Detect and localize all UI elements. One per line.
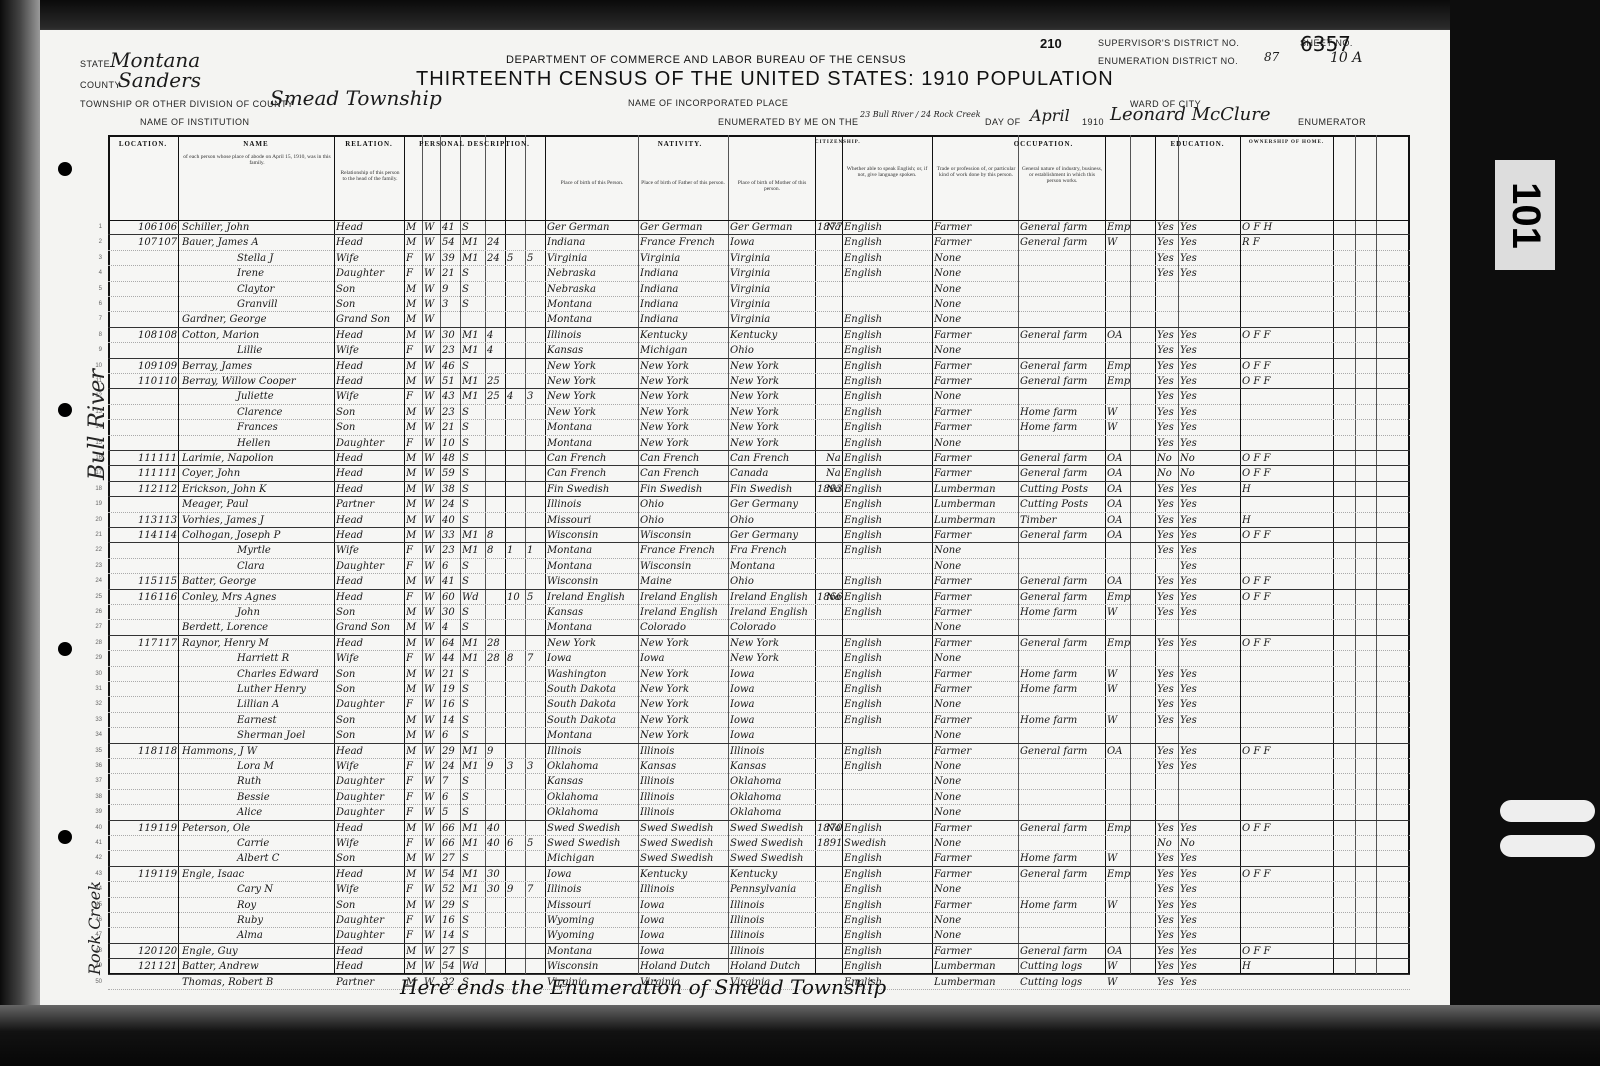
cell-mother: New York: [730, 389, 814, 404]
cell-owned: [1242, 312, 1302, 327]
cell-read: Yes: [1157, 497, 1179, 512]
cell-sex: M: [406, 867, 422, 882]
cell-nat: [826, 374, 840, 389]
cell-age: 29: [442, 898, 460, 913]
line-number: 49: [88, 963, 102, 969]
cell-mother: Virginia: [730, 266, 814, 281]
cell-industry: General farm: [1020, 235, 1104, 250]
cell-mother: New York: [730, 651, 814, 666]
cell-race: W: [424, 605, 440, 620]
cell-language: [844, 805, 932, 820]
cell-trade: None: [934, 266, 1018, 281]
cell-race: W: [424, 466, 440, 481]
cell-trade: None: [934, 251, 1018, 266]
cell-dwelling: 108: [138, 328, 158, 343]
cell-family: 119 1/2: [158, 867, 178, 882]
cell-relation: Head: [336, 513, 402, 528]
cell-dwelling: [138, 697, 158, 712]
enumeration-district-value: 87: [1264, 50, 1279, 64]
cell-dwelling: 119 1/2: [138, 867, 158, 882]
cell-owned: [1242, 605, 1302, 620]
cell-industry: Home farm: [1020, 851, 1104, 866]
cell-nat: [826, 620, 840, 635]
cell-class: OA: [1107, 513, 1131, 528]
cell-nat: [826, 728, 840, 743]
cell-industry: General farm: [1020, 328, 1104, 343]
cell-dwelling: [138, 774, 158, 789]
cell-class: W: [1107, 667, 1131, 682]
cell-children-born: [507, 513, 525, 528]
cell-industry: General farm: [1020, 466, 1104, 481]
cell-marital: M1: [462, 374, 484, 389]
cell-trade: Farmer: [934, 590, 1018, 605]
table-row: ClarenceSonMW23SNew YorkNew YorkNew York…: [108, 405, 1410, 420]
cell-relation: Daughter: [336, 790, 402, 805]
cell-years-married: [487, 805, 505, 820]
cell-class: Emp: [1107, 636, 1131, 651]
cell-mother: Iowa: [730, 728, 814, 743]
cell-birth: Can French: [547, 451, 637, 466]
cell-relation: Head: [336, 220, 402, 235]
cell-language: English: [844, 605, 932, 620]
cell-name: Peterson, Ole: [182, 821, 332, 836]
cell-nat: [826, 266, 840, 281]
cell-father: Iowa: [640, 944, 728, 959]
line-number: 40: [88, 825, 102, 831]
cell-dwelling: [138, 928, 158, 943]
section-occupation: OCCUPATION.: [932, 140, 1155, 148]
cell-relation: Head: [336, 359, 402, 374]
cell-birth: Montana: [547, 559, 637, 574]
table-row: 117117Raynor, Henry MHeadMW64M128New Yor…: [108, 636, 1410, 651]
line-number: 28: [88, 640, 102, 646]
cell-class: [1107, 297, 1131, 312]
cell-mother: Montana: [730, 559, 814, 574]
cell-mother: Colorado: [730, 620, 814, 635]
cell-read: Yes: [1157, 867, 1179, 882]
cell-father: Indiana: [640, 266, 728, 281]
cell-read: [1157, 620, 1179, 635]
cell-read: Yes: [1157, 543, 1179, 558]
cell-relation: Son: [336, 405, 402, 420]
cell-marital: S: [462, 497, 484, 512]
cell-birth: Virginia: [547, 251, 637, 266]
cell-family: 108: [158, 328, 178, 343]
cell-nat: [826, 282, 840, 297]
cell-children-born: [507, 774, 525, 789]
cell-children-born: [507, 266, 525, 281]
cell-children-living: [527, 266, 545, 281]
cell-owned: O F F: [1242, 359, 1302, 374]
cell-race: W: [424, 528, 440, 543]
cell-children-born: [507, 944, 525, 959]
cell-race: W: [424, 451, 440, 466]
cell-mother: Ohio: [730, 513, 814, 528]
film-label-text: 101: [1503, 182, 1548, 249]
cell-years-married: 30: [487, 867, 505, 882]
cell-relation: Grand Son: [336, 312, 402, 327]
cell-children-living: 7: [527, 651, 545, 666]
cell-sex: M: [406, 744, 422, 759]
cell-nat: Na: [826, 220, 840, 235]
cell-write: [1180, 282, 1210, 297]
cell-read: Yes: [1157, 266, 1179, 281]
cell-relation: Wife: [336, 651, 402, 666]
cell-dwelling: 114: [138, 528, 158, 543]
cell-children-living: 5: [527, 590, 545, 605]
cell-nat: [826, 359, 840, 374]
cell-mother: Virginia: [730, 251, 814, 266]
cell-birth: Oklahoma: [547, 805, 637, 820]
cell-family: [158, 405, 178, 420]
cell-trade: Farmer: [934, 898, 1018, 913]
cell-nat: [826, 420, 840, 435]
cell-age: 9: [442, 282, 460, 297]
cell-sex: M: [406, 282, 422, 297]
cell-age: 30: [442, 605, 460, 620]
cell-relation: Daughter: [336, 436, 402, 451]
cell-mother: Kentucky: [730, 867, 814, 882]
cell-read: Yes: [1157, 944, 1179, 959]
cell-read: Yes: [1157, 513, 1179, 528]
note-birth-person: Place of birth of this Person.: [548, 180, 636, 186]
cell-children-born: [507, 451, 525, 466]
cell-marital: M1: [462, 251, 484, 266]
cell-birth: Montana: [547, 620, 637, 635]
cell-mother: Virginia: [730, 282, 814, 297]
cell-dwelling: [138, 405, 158, 420]
cell-relation: Head: [336, 528, 402, 543]
cell-sex: M: [406, 328, 422, 343]
cell-age: 52: [442, 882, 460, 897]
cell-read: Yes: [1157, 851, 1179, 866]
cell-sex: F: [406, 266, 422, 281]
cell-years-married: [487, 697, 505, 712]
cell-race: W: [424, 590, 440, 605]
cell-sex: F: [406, 805, 422, 820]
cell-children-born: [507, 420, 525, 435]
cell-language: Swedish: [844, 836, 932, 851]
cell-owned: O F F: [1242, 528, 1302, 543]
cell-relation: Head: [336, 744, 402, 759]
cell-language: English: [844, 651, 932, 666]
cell-children-living: 3: [527, 759, 545, 774]
cell-nat: [826, 805, 840, 820]
table-row: 119119Peterson, OleHeadMW66M140Swed Swed…: [108, 821, 1410, 836]
cell-sex: F: [406, 436, 422, 451]
cell-read: No: [1157, 451, 1179, 466]
cell-children-living: [527, 605, 545, 620]
cell-children-born: [507, 898, 525, 913]
line-number: 16: [88, 455, 102, 461]
cell-children-born: [507, 497, 525, 512]
cell-sex: M: [406, 312, 422, 327]
cell-mother: Ger Germany: [730, 497, 814, 512]
cell-race: W: [424, 805, 440, 820]
cell-family: [158, 836, 178, 851]
cell-relation: Head: [336, 482, 402, 497]
cell-write: Yes: [1180, 574, 1210, 589]
cell-write: Yes: [1180, 543, 1210, 558]
cell-name: Batter, Andrew: [182, 959, 332, 974]
cell-children-born: [507, 821, 525, 836]
cell-father: New York: [640, 713, 728, 728]
cell-nat: [826, 713, 840, 728]
cell-family: [158, 312, 178, 327]
cell-birth: Illinois: [547, 882, 637, 897]
cell-father: Virginia: [640, 251, 728, 266]
cell-relation: Head: [336, 821, 402, 836]
cell-nat: [826, 790, 840, 805]
cell-race: W: [424, 697, 440, 712]
cell-birth: Illinois: [547, 497, 637, 512]
cell-age: 6: [442, 559, 460, 574]
cell-trade: Farmer: [934, 667, 1018, 682]
cell-class: OA: [1107, 528, 1131, 543]
cell-marital: S: [462, 928, 484, 943]
cell-class: [1107, 266, 1131, 281]
cell-relation: Daughter: [336, 697, 402, 712]
cell-class: W: [1107, 605, 1131, 620]
cell-sex: M: [406, 513, 422, 528]
cell-mother: Kansas: [730, 759, 814, 774]
cell-industry: [1020, 436, 1104, 451]
cell-trade: Lumberman: [934, 513, 1018, 528]
cell-trade: None: [934, 559, 1018, 574]
cell-owned: [1242, 620, 1302, 635]
line-number: 35: [88, 748, 102, 754]
cell-years-married: 25: [487, 374, 505, 389]
cell-relation: Head: [336, 590, 402, 605]
cell-owned: O F F: [1242, 821, 1302, 836]
cell-write: Yes: [1180, 913, 1210, 928]
cell-nat: [826, 774, 840, 789]
cell-years-married: [487, 359, 505, 374]
cell-age: 30: [442, 328, 460, 343]
cell-write: Yes: [1180, 251, 1210, 266]
cell-dwelling: [138, 420, 158, 435]
cell-write: [1180, 620, 1210, 635]
cell-trade: Farmer: [934, 235, 1018, 250]
cell-father: Ohio: [640, 497, 728, 512]
cell-marital: S: [462, 297, 484, 312]
cell-mother: New York: [730, 636, 814, 651]
cell-industry: Home farm: [1020, 713, 1104, 728]
cell-father: Kentucky: [640, 867, 728, 882]
cell-name: Batter, George: [182, 574, 332, 589]
cell-dwelling: [138, 975, 158, 990]
cell-read: Yes: [1157, 913, 1179, 928]
cell-relation: Son: [336, 851, 402, 866]
cell-mother: Illinois: [730, 944, 814, 959]
cell-children-living: [527, 359, 545, 374]
cell-marital: M1: [462, 636, 484, 651]
cell-relation: Wife: [336, 836, 402, 851]
cell-trade: None: [934, 312, 1018, 327]
cell-industry: [1020, 651, 1104, 666]
punch-hole: [58, 162, 72, 176]
cell-mother: Ohio: [730, 343, 814, 358]
table-row: JulietteWifeFW43M12543New YorkNew YorkNe…: [108, 389, 1410, 404]
cell-write: Yes: [1180, 713, 1210, 728]
cell-read: Yes: [1157, 636, 1179, 651]
note-birth-mother: Place of birth of Mother of this person.: [730, 180, 814, 192]
note-trade: Trade or profession of, or particular ki…: [935, 166, 1017, 178]
cell-age: 64: [442, 636, 460, 651]
table-row: CarrieWifeFW66M14065Swed SwedishSwed Swe…: [108, 836, 1410, 851]
cell-language: English: [844, 251, 932, 266]
cell-owned: [1242, 928, 1302, 943]
cell-relation: Son: [336, 898, 402, 913]
cell-family: 112: [158, 482, 178, 497]
cell-children-living: 3: [527, 389, 545, 404]
cell-owned: O F F: [1242, 451, 1302, 466]
cell-language: English: [844, 898, 932, 913]
cell-relation: Head: [336, 574, 402, 589]
cell-owned: [1242, 389, 1302, 404]
cell-industry: [1020, 343, 1104, 358]
line-number: 21: [88, 532, 102, 538]
cell-relation: Son: [336, 420, 402, 435]
cell-owned: H: [1242, 959, 1302, 974]
cell-industry: General farm: [1020, 590, 1104, 605]
cell-age: 21: [442, 667, 460, 682]
cell-read: Yes: [1157, 251, 1179, 266]
cell-marital: M1: [462, 836, 484, 851]
cell-children-born: [507, 482, 525, 497]
cell-language: English: [844, 590, 932, 605]
cell-race: W: [424, 651, 440, 666]
cell-years-married: [487, 559, 505, 574]
cell-family: 111: [158, 466, 178, 481]
cell-language: English: [844, 343, 932, 358]
cell-owned: R F: [1242, 235, 1302, 250]
cell-years-married: [487, 436, 505, 451]
cell-years-married: [487, 790, 505, 805]
cell-years-married: [487, 944, 505, 959]
cell-trade: Farmer: [934, 359, 1018, 374]
cell-class: OA: [1107, 497, 1131, 512]
cell-father: Indiana: [640, 312, 728, 327]
line-number: 4: [88, 270, 102, 276]
cell-owned: [1242, 774, 1302, 789]
cell-years-married: [487, 959, 505, 974]
cell-age: 16: [442, 913, 460, 928]
line-number: 5: [88, 286, 102, 292]
cell-birth: Ger German: [547, 220, 637, 235]
cell-father: Illinois: [640, 882, 728, 897]
cell-birth: Iowa: [547, 867, 637, 882]
cell-sex: F: [406, 913, 422, 928]
cell-mother: Pennsylvania: [730, 882, 814, 897]
cell-family: 113: [158, 513, 178, 528]
enumerated-days: 23 Bull River / 24 Rock Creek: [860, 110, 981, 119]
cell-marital: S: [462, 682, 484, 697]
cell-age: 54: [442, 235, 460, 250]
cell-nat: [826, 312, 840, 327]
cell-language: English: [844, 328, 932, 343]
cell-write: Yes: [1180, 497, 1210, 512]
cell-dwelling: [138, 682, 158, 697]
cell-write: Yes: [1180, 235, 1210, 250]
cell-trade: None: [934, 697, 1018, 712]
page-number: 210: [1040, 36, 1062, 51]
cell-sex: M: [406, 728, 422, 743]
cell-class: [1107, 882, 1131, 897]
cell-industry: General farm: [1020, 359, 1104, 374]
cell-nat: [826, 944, 840, 959]
cell-years-married: [487, 451, 505, 466]
cell-father: New York: [640, 697, 728, 712]
cell-marital: S: [462, 451, 484, 466]
cell-race: W: [424, 389, 440, 404]
table-row: Lora MWifeFW24M1933OklahomaKansasKansasE…: [108, 759, 1410, 774]
cell-children-born: [507, 528, 525, 543]
cell-father: Iowa: [640, 928, 728, 943]
cell-father: Maine: [640, 574, 728, 589]
cell-owned: [1242, 405, 1302, 420]
cell-relation: Wife: [336, 759, 402, 774]
cell-birth: Oklahoma: [547, 790, 637, 805]
cell-children-living: [527, 343, 545, 358]
cell-race: W: [424, 790, 440, 805]
cell-children-born: 4: [507, 389, 525, 404]
cell-mother: Iowa: [730, 697, 814, 712]
cell-write: No: [1180, 451, 1210, 466]
table-row: 110110Berray, Willow CooperHeadMW51M125N…: [108, 374, 1410, 389]
cell-owned: [1242, 420, 1302, 435]
cell-age: 21: [442, 266, 460, 281]
cell-industry: [1020, 759, 1104, 774]
cell-language: English: [844, 713, 932, 728]
cell-marital: S: [462, 482, 484, 497]
cell-children-living: [527, 620, 545, 635]
cell-mother: Ohio: [730, 574, 814, 589]
cell-father: Indiana: [640, 282, 728, 297]
cell-language: English: [844, 882, 932, 897]
cell-age: 38: [442, 482, 460, 497]
cell-age: 66: [442, 836, 460, 851]
cell-nat: [826, 636, 840, 651]
table-row: ClaraDaughterFW6SMontanaWisconsinMontana…: [108, 559, 1410, 574]
cell-mother: Oklahoma: [730, 790, 814, 805]
cell-name: Conley, Mrs Agnes: [182, 590, 332, 605]
cell-dwelling: [138, 728, 158, 743]
cell-industry: Cutting Posts: [1020, 482, 1104, 497]
cell-relation: Head: [336, 466, 402, 481]
cell-father: Swed Swedish: [640, 821, 728, 836]
line-number: 11: [88, 378, 102, 384]
cell-father: Kansas: [640, 759, 728, 774]
cell-trade: Farmer: [934, 405, 1018, 420]
cell-children-living: [527, 805, 545, 820]
section-nativity: NATIVITY.: [545, 140, 815, 148]
cell-father: New York: [640, 728, 728, 743]
cell-mother: Ger German: [730, 220, 814, 235]
sheet-label: SHEET NO.: [1300, 38, 1353, 48]
cell-trade: None: [934, 882, 1018, 897]
cell-father: New York: [640, 436, 728, 451]
locality-rock-creek: Rock Creek: [85, 881, 104, 975]
cell-write: [1180, 312, 1210, 327]
scan-left-edge: [0, 0, 40, 1066]
line-number: 25: [88, 594, 102, 600]
cell-owned: [1242, 975, 1302, 990]
line-number: 17: [88, 470, 102, 476]
cell-read: [1157, 559, 1179, 574]
table-row: Albert CSonMW27SMichiganSwed SwedishSwed…: [108, 851, 1410, 866]
cell-language: [844, 559, 932, 574]
